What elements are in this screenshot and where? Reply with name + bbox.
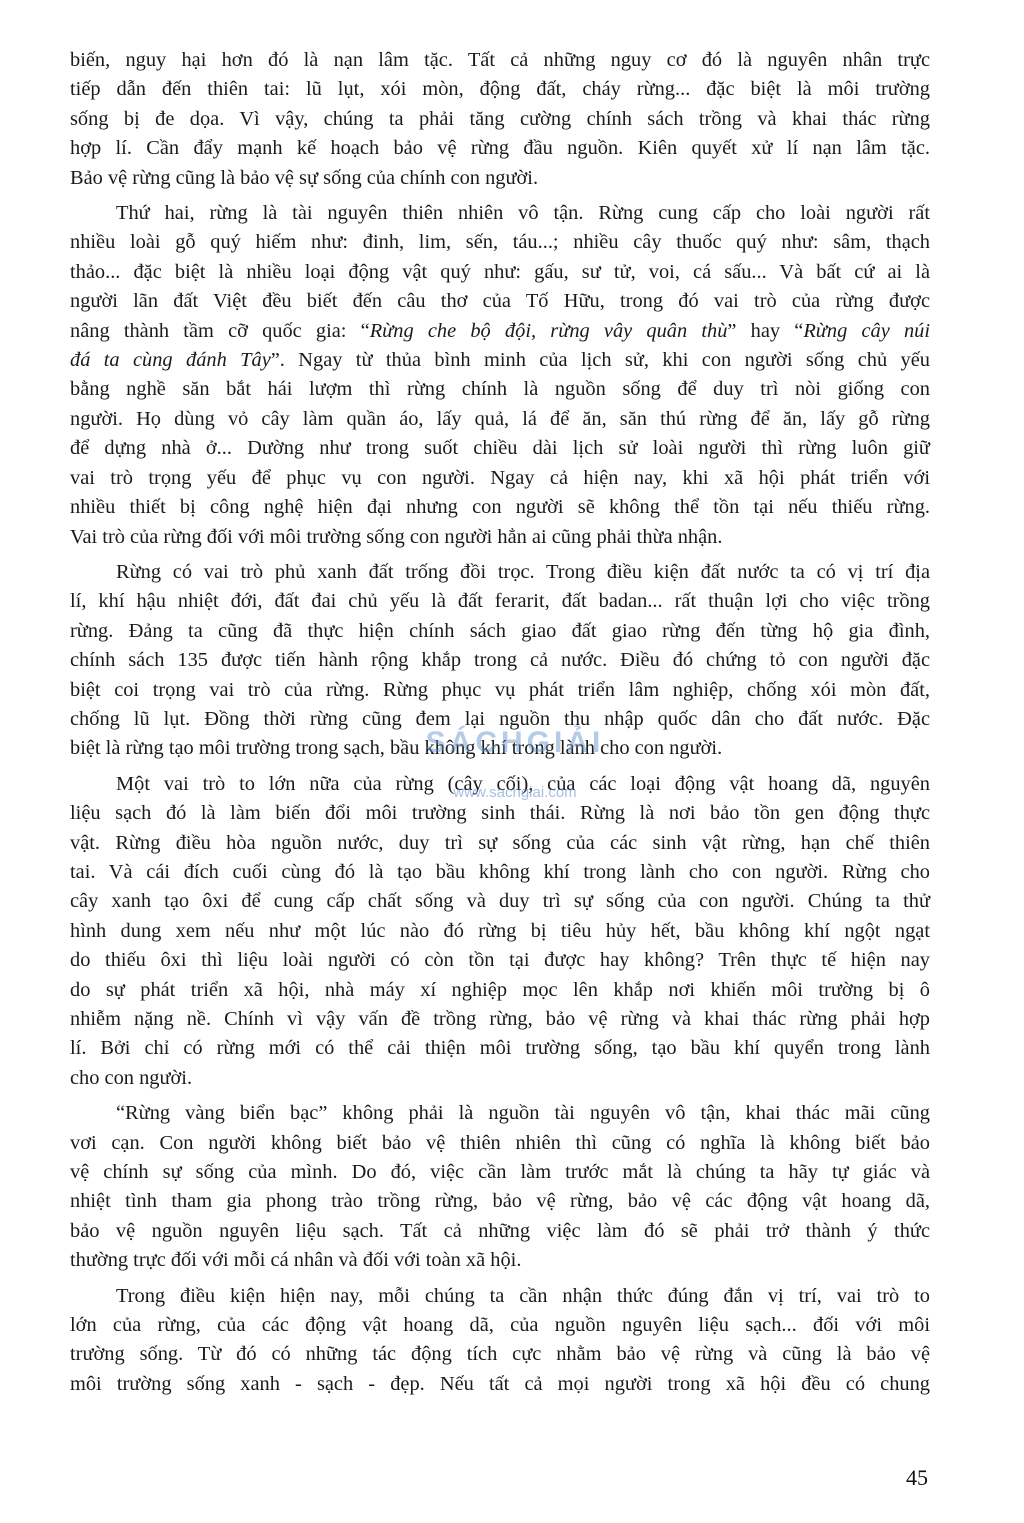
text-line: chống lũ lụt. Đồng thời rừng cũng đem lạ… [70,705,930,734]
text-line: Vai trò của rừng đối với môi trường sống… [70,523,930,552]
text-line: để dựng nhà ở... Dường như trong suốt ch… [70,434,930,463]
page-number: 45 [906,1465,928,1491]
page-body: biến, nguy hại hơn đó là nạn lâm tặc. Tấ… [70,46,930,1405]
text-line: biệt là rừng tạo môi trường trong sạch, … [70,734,930,763]
text-line: người. Họ dùng vỏ cây làm quần áo, lấy q… [70,405,930,434]
text-line: rừng. Đảng ta cũng đã thực hiện chính sá… [70,617,930,646]
text-line: cây xanh tạo ôxi để cung cấp chất sống v… [70,887,930,916]
text-line: vơi cạn. Con người không biết bảo vệ thi… [70,1129,930,1158]
text-line: nhiều loài gỗ quý hiếm như: đinh, lim, s… [70,228,930,257]
paragraph: biến, nguy hại hơn đó là nạn lâm tặc. Tấ… [70,46,930,193]
paragraph: Thứ hai, rừng là tài nguyên thiên nhiên … [70,199,930,552]
text-line: hợp lí. Cần đẩy mạnh kế hoạch bảo vệ rừn… [70,134,930,163]
paragraph: Một vai trò to lớn nữa của rừng (cây cối… [70,770,930,1093]
text-line: biệt coi trọng vai trò của rừng. Rừng ph… [70,676,930,705]
text-line: thảo... đặc biệt là nhiều loại động vật … [70,258,930,287]
text-line: liệu sạch đó là làm biến đổi môi trường … [70,799,930,828]
text-line: bằng nghề săn bắt hái lượm thì rừng chín… [70,375,930,404]
text-line: vật. Rừng điều hòa nguồn nước, duy trì s… [70,829,930,858]
text-line: Bảo vệ rừng cũng là bảo vệ sự sống của c… [70,164,930,193]
text-line: vai trò trọng yếu để phục vụ con người. … [70,464,930,493]
text-line: nhiệt tình tham gia phong trào trồng rừn… [70,1187,930,1216]
text-line: do sự phát triển xã hội, nhà máy xí nghi… [70,976,930,1005]
text-line: nhiều thiết bị công nghệ hiện đại nhưng … [70,493,930,522]
paragraph: Trong điều kiện hiện nay, mỗi chúng ta c… [70,1282,930,1400]
text-line: hình dung xem nếu như một lúc nào đó rừn… [70,917,930,946]
text-line: “Rừng vàng biển bạc” không phải là nguồn… [70,1099,930,1128]
text-line: lí. Bởi chỉ có rừng mới có thể cải thiện… [70,1034,930,1063]
text-line: Rừng có vai trò phủ xanh đất trống đồi t… [70,558,930,587]
text-line: vệ chính sự sống của mình. Do đó, việc c… [70,1158,930,1187]
text-line: Một vai trò to lớn nữa của rừng (cây cối… [70,770,930,799]
text-line: chính sách 135 được tiến hành rộng khắp … [70,646,930,675]
text-line: sống bị đe dọa. Vì vậy, chúng ta phải tă… [70,105,930,134]
text-line: biến, nguy hại hơn đó là nạn lâm tặc. Tấ… [70,46,930,75]
text-line: tai. Và cái đích cuối cùng đó là tạo bầu… [70,858,930,887]
text-line: môi trường sống xanh - sạch - đẹp. Nếu t… [70,1370,930,1399]
text-line: đá ta cùng đánh Tây”. Ngay từ thủa bình … [70,346,930,375]
text-line: Thứ hai, rừng là tài nguyên thiên nhiên … [70,199,930,228]
text-line: lí, khí hậu nhiệt đới, đất đai chủ yếu l… [70,587,930,616]
text-line: nâng thành tầm cỡ quốc gia: “Rừng che bộ… [70,317,930,346]
text-line: Trong điều kiện hiện nay, mỗi chúng ta c… [70,1282,930,1311]
text-line: người lãn đất Việt đều biết đến câu thơ … [70,287,930,316]
text-line: bảo vệ nguồn nguyên liệu sạch. Tất cả nh… [70,1217,930,1246]
text-line: do thiếu ôxi thì liệu loài người có còn … [70,946,930,975]
paragraph: Rừng có vai trò phủ xanh đất trống đồi t… [70,558,930,764]
text-line: cho con người. [70,1064,930,1093]
text-line: tiếp dẫn đến thiên tai: lũ lụt, xói mòn,… [70,75,930,104]
text-line: nhiễm nặng nề. Chính vì vậy vấn đề trồng… [70,1005,930,1034]
text-line: trường sống. Từ đó có những tác động tíc… [70,1340,930,1369]
paragraph: “Rừng vàng biển bạc” không phải là nguồn… [70,1099,930,1275]
text-line: lớn của rừng, của các động vật hoang dã,… [70,1311,930,1340]
text-line: thường trực đối với mỗi cá nhân và đối v… [70,1246,930,1275]
